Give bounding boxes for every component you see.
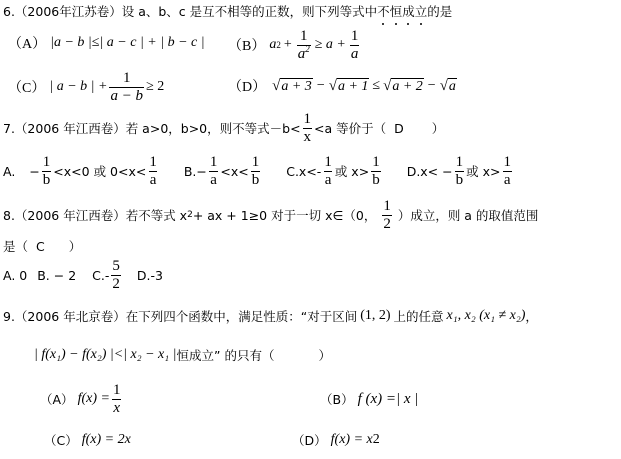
q7-answer: D xyxy=(394,121,404,136)
q9-line2: | f(x₁) − f(x₂) |<| x₂ − x₁ | 恒成立” 的只有（ … xyxy=(34,345,331,365)
numerator: 1 xyxy=(303,112,313,128)
sqrt-expr: √a xyxy=(440,78,457,95)
q6-emph-char: 不 xyxy=(377,2,390,20)
q9-c-lhs: f(x) = 2 xyxy=(82,432,125,448)
q9-stem-end: ， xyxy=(525,307,538,325)
q6-c-rhs: ≥ 2 xyxy=(146,79,164,95)
q6-option-a: （A） |a − b |≤| a − c | + | b − c | xyxy=(8,34,205,52)
q6-a-expr: |a − b |≤| a − c | + | b − c | xyxy=(50,35,205,51)
q8-stem: 8.（2006 年江西卷）若不等式 x2 + ax + 1≥0 对于一切 x∈（… xyxy=(3,194,538,236)
q6-b-rel: ≥ a + xyxy=(315,37,346,53)
denominator: a2 xyxy=(297,45,311,62)
q9-stem-mid: 上的任意 xyxy=(394,307,444,325)
q6-b-frac1: 1 a2 xyxy=(297,29,311,62)
q8-options: A. 0 B. − 2 C.- 5 2 D.-3 xyxy=(3,256,163,294)
q9-option-a: （A） f(x) = 1 x xyxy=(40,379,123,419)
denominator: a xyxy=(350,45,360,62)
q8-line2-close: ） xyxy=(69,237,82,255)
option-a: A. 0 xyxy=(3,268,27,283)
fraction: 1a xyxy=(502,155,512,188)
q7-stem-frac: 1 x xyxy=(303,112,313,145)
q7-options: A. − 1b <x<0 或 0<x< 1a B.− 1a <x< 1b C.x… xyxy=(3,150,514,192)
operator: − xyxy=(29,164,39,179)
fraction: 1b xyxy=(42,155,52,188)
q6-stem-prefix: 6.（2006年江苏卷）设 a、b、c 是互不相等的正数，则下列等式中 xyxy=(3,2,377,20)
q6-option-b: （B） a2 + 1 a2 ≥ a + 1 a xyxy=(228,26,361,64)
q6-emph-char: 立 xyxy=(415,2,428,20)
q9-b-expr: f (x) =| x | xyxy=(358,391,419,408)
denominator: x xyxy=(303,128,313,145)
fraction: 1b xyxy=(371,155,381,188)
q9-option-b: （B） f (x) =| x | xyxy=(320,388,418,410)
numerator: 1 xyxy=(112,383,122,399)
q7-a-mid: <x<0 或 0<x< xyxy=(53,162,146,180)
q9-stem: 9.（2006 年北京卷）在下列四个函数中，满足性质：“对于区间 (1, 2) … xyxy=(3,305,538,327)
q9-option-c: （C） f(x) = 2x xyxy=(44,430,131,450)
denominator: a − b xyxy=(109,87,144,104)
option-label: （D） xyxy=(228,76,266,96)
q9-line2-expr: | f(x₁) − f(x₂) |<| x₂ − x₁ | xyxy=(34,347,177,363)
numerator: 1 xyxy=(350,29,360,45)
q6-b-frac2: 1 a xyxy=(350,29,360,62)
option-label: （A） xyxy=(40,390,74,408)
option-label: B.− xyxy=(184,164,207,179)
denominator: 2 xyxy=(382,215,392,232)
denominator: x xyxy=(112,399,121,416)
q8-line2: 是（ C ） xyxy=(3,236,81,256)
operator: − xyxy=(428,78,436,94)
q9-stem-text: 9.（2006 年北京卷）在下列四个函数中，满足性质：“对于区间 xyxy=(3,307,357,325)
sqrt-expr: √a + 3 xyxy=(272,78,313,95)
q6-emph-char: 恒 xyxy=(390,2,403,20)
fraction: 1b xyxy=(455,155,465,188)
option-label: C.x<- xyxy=(286,164,321,179)
option-label: D.x< − xyxy=(407,164,453,179)
option-d: D.-3 xyxy=(137,268,163,283)
option-label: （B） xyxy=(228,35,265,55)
denominator: 2 xyxy=(111,275,121,292)
q9-interval: (1, 2) xyxy=(360,308,390,324)
q9-line2-close: ） xyxy=(318,346,331,364)
q6-b-plus: + xyxy=(284,37,292,53)
q6-c-frac: 1 a − b xyxy=(109,71,144,104)
q8-answer: C xyxy=(36,239,45,254)
numerator: 5 xyxy=(111,259,121,275)
q9-a-frac: 1 x xyxy=(112,383,122,416)
operator: ≤ xyxy=(372,78,380,94)
q9-line2-text: 恒成立” 的只有（ xyxy=(177,346,275,364)
q9-option-d: （D） f(x) = x2 xyxy=(292,430,380,450)
fraction: 1b xyxy=(251,155,261,188)
q9-vars: x₁, x₂ (x₁ ≠ x₂) xyxy=(447,308,526,324)
q7-b-mid: <x< xyxy=(220,164,248,179)
sqrt-expr: √a + 1 xyxy=(329,78,370,95)
q7-d-mid: 或 x> xyxy=(466,162,500,180)
numerator: 1 xyxy=(122,71,132,87)
q8-stem-mid: + ax + 1≥0 对于一切 x∈（0， xyxy=(193,206,377,224)
q6-emph-char: 成 xyxy=(402,2,415,20)
numerator: 1 xyxy=(299,29,309,45)
q7-close: ） xyxy=(432,119,445,137)
fraction: 1a xyxy=(323,155,333,188)
option-b: B. − 2 xyxy=(37,268,76,283)
q8-stem-frac: 1 2 xyxy=(382,199,392,232)
option-label: （A） xyxy=(8,33,46,53)
sqrt-expr: √a + 2 xyxy=(383,78,424,95)
option-label: （C） xyxy=(8,77,45,97)
q8-stem-suffix: ）成立，则 a 的取值范围 xyxy=(398,206,539,224)
option-label: （C） xyxy=(44,431,78,449)
q6-b-lhs: a xyxy=(269,37,276,53)
q6-option-d: （D） √a + 3 − √a + 1 ≤ √a + 2 − √a xyxy=(228,76,458,96)
option-c-label: C.- xyxy=(92,268,109,283)
fraction: 1a xyxy=(148,155,158,188)
q7-stem-suffix: <a 等价于（ xyxy=(314,119,386,137)
q8-line2-prefix: 是（ xyxy=(3,237,28,255)
q7-stem-prefix: 7.（2006 年江西卷）若 a>0，b>0，则不等式－b< xyxy=(3,119,301,137)
q9-a-lhs: f(x) = xyxy=(78,391,110,407)
q8-stem-prefix: 8.（2006 年江西卷）若不等式 x xyxy=(3,206,187,224)
q6-stem: 6.（2006年江苏卷）设 a、b、c 是互不相等的正数，则下列等式中 不 恒 … xyxy=(3,2,452,20)
option-label: A. xyxy=(3,164,15,179)
option-label: （B） xyxy=(320,390,354,408)
q7-c-mid: 或 x> xyxy=(335,162,369,180)
fraction: 1a xyxy=(209,155,219,188)
operator: − xyxy=(317,78,325,94)
option-label: （D） xyxy=(292,431,327,449)
q7-stem: 7.（2006 年江西卷）若 a>0，b>0，则不等式－b< 1 x <a 等价… xyxy=(3,108,444,148)
option-c-frac: 5 2 xyxy=(111,259,121,292)
q9-d-lhs: f(x) = x xyxy=(331,432,373,448)
q6-stem-suffix: 的是 xyxy=(427,2,452,20)
numerator: 1 xyxy=(382,199,392,215)
q6-option-c: （C） | a − b | + 1 a − b ≥ 2 xyxy=(8,68,164,106)
q6-c-lhs: | a − b | + xyxy=(49,79,107,95)
